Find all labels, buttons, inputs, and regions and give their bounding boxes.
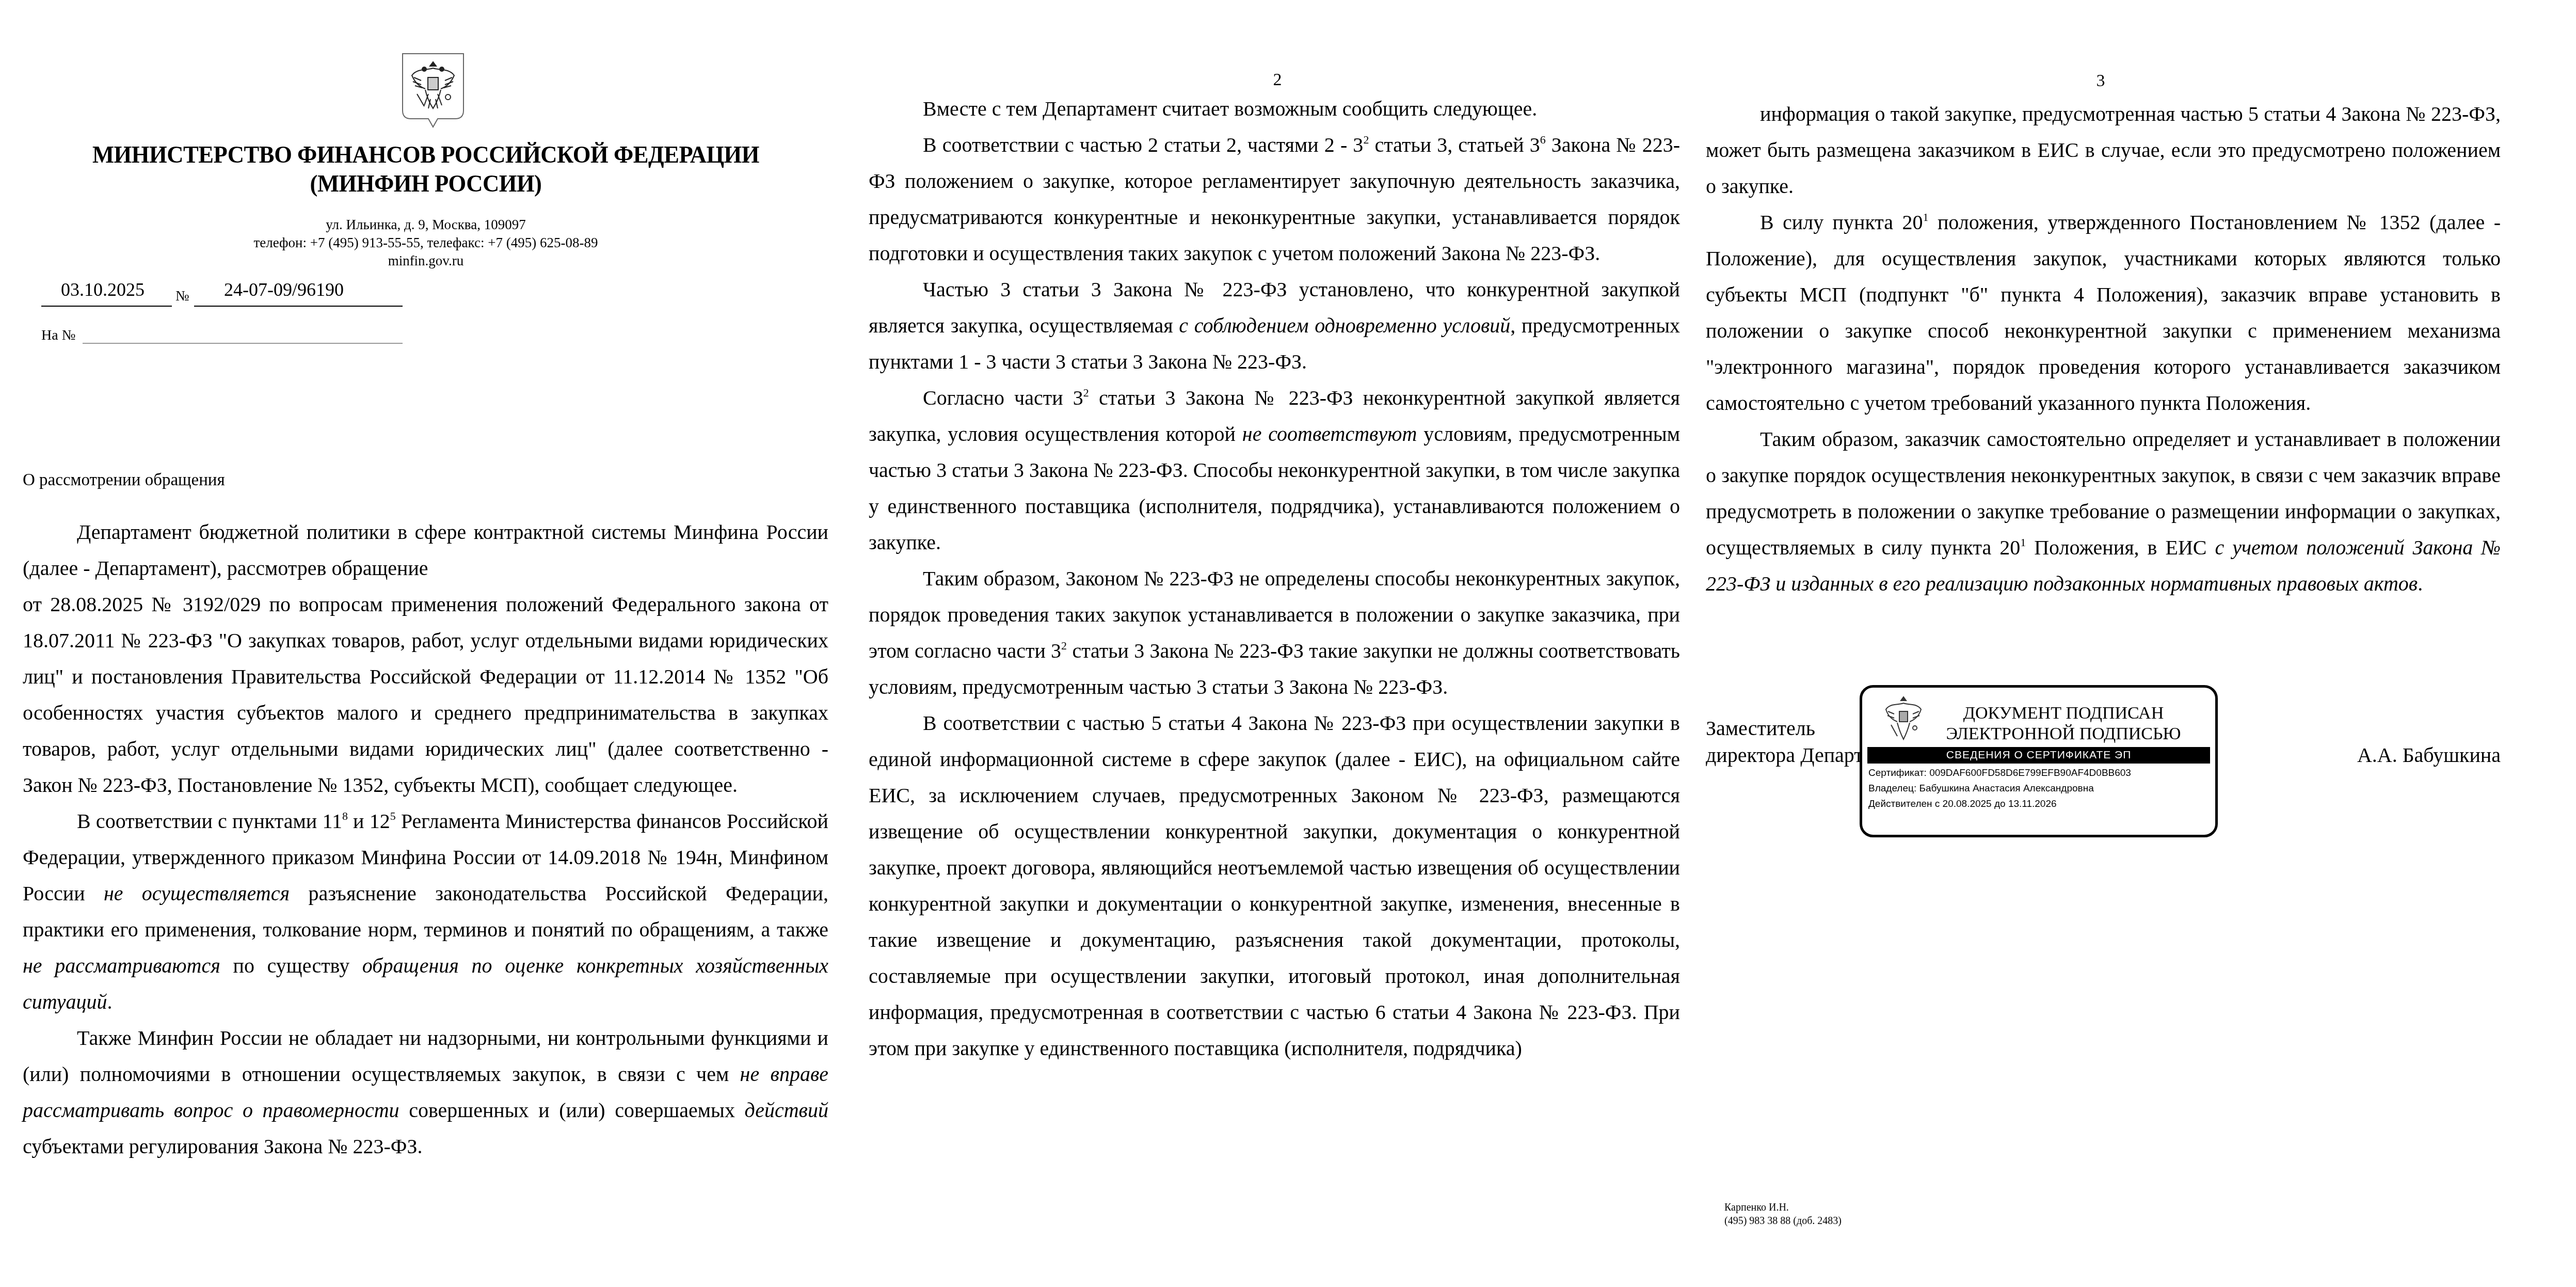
certificate-validity: Действителен с 20.08.2025 до 13.11.2026 [1868, 797, 2057, 812]
letter-page-3: 3 информация о такой закупке, предусмотр… [1703, 0, 2576, 1287]
page-number: 2 [852, 70, 1703, 90]
body-paragraph: В силу пункта 201 положения, утвержденно… [1706, 204, 2501, 421]
letter-body-page-3: информация о такой закупке, предусмотрен… [1706, 96, 2501, 602]
in-reply-to-underline [83, 343, 403, 344]
russian-coat-of-arms-icon [1883, 694, 1924, 745]
body-paragraph: Таким образом, Законом № 223-ФЗ не опред… [869, 561, 1680, 705]
body-paragraph: Департамент бюджетной политики в сфере к… [23, 514, 828, 803]
letter-body-page-2: Вместе с тем Департамент считает возможн… [869, 91, 1680, 1067]
ministry-contacts: ул. Ильинка, д. 9, Москва, 109097 телефо… [0, 216, 852, 270]
page-number: 3 [1703, 71, 2498, 91]
stamp-title: ДОКУМЕНТ ПОДПИСАН ЭЛЕКТРОННОЙ ПОДПИСЬЮ [1929, 703, 2198, 744]
executor-info: Карпенко И.Н. (495) 983 38 88 (доб. 2483… [1724, 1201, 1842, 1228]
letter-page-1: МИНИСТЕРСТВО ФИНАНСОВ РОССИЙСКОЙ ФЕДЕРАЦ… [0, 0, 852, 1287]
registration-date: 03.10.2025 [61, 279, 145, 300]
body-paragraph: В соответствии с частью 2 статьи 2, част… [869, 127, 1680, 272]
date-underline [41, 306, 172, 307]
ministry-title-line-2: (МИНФИН РОССИИ) [13, 169, 839, 198]
stamp-title-line-1: ДОКУМЕНТ ПОДПИСАН [1929, 703, 2198, 724]
executor-phone: (495) 983 38 88 (доб. 2483) [1724, 1214, 1842, 1228]
certificate-number: Сертификат: 009DAF600FD58D6E799EFB90AF4D… [1868, 766, 2131, 781]
letter-page-2: 2 Вместе с тем Департамент считает возмо… [852, 0, 1703, 1287]
letter-subject: О рассмотрении обращения [23, 471, 225, 490]
body-paragraph: Также Минфин России не обладает ни надзо… [23, 1020, 828, 1165]
in-reply-to-label: На № [41, 327, 75, 344]
ministry-website: minfin.gov.ru [0, 252, 852, 270]
certificate-info-bar: СВЕДЕНИЯ О СЕРТИФИКАТЕ ЭП [1867, 747, 2210, 764]
number-sign: № [175, 288, 189, 305]
body-paragraph: Таким образом, заказчик самостоятельно о… [1706, 421, 2501, 602]
registration-row: 03.10.2025 № 24-07-09/96190 [41, 279, 403, 305]
signatory-name: А.А. Бабушкина [2357, 742, 2501, 769]
body-paragraph: Вместе с тем Департамент считает возможн… [869, 91, 1680, 127]
body-paragraph: Согласно части 32 статьи 3 Закона № 223-… [869, 380, 1680, 561]
ministry-title-line-1: МИНИСТЕРСТВО ФИНАНСОВ РОССИЙСКОЙ ФЕДЕРАЦ… [13, 140, 839, 169]
body-paragraph: Частью 3 статьи 3 Закона № 223-ФЗ устано… [869, 272, 1680, 380]
executor-name: Карпенко И.Н. [1724, 1201, 1842, 1214]
ministry-phones: телефон: +7 (495) 913-55-55, телефакс: +… [0, 234, 852, 252]
ministry-title: МИНИСТЕРСТВО ФИНАНСОВ РОССИЙСКОЙ ФЕДЕРАЦ… [13, 140, 839, 198]
russian-coat-of-arms-icon [402, 53, 465, 129]
registration-number: 24-07-09/96190 [224, 279, 344, 300]
stamp-title-line-2: ЭЛЕКТРОННОЙ ПОДПИСЬЮ [1929, 724, 2198, 744]
in-reply-to-row: На № [41, 324, 403, 345]
ministry-address: ул. Ильинка, д. 9, Москва, 109097 [0, 216, 852, 234]
letter-body-page-1: Департамент бюджетной политики в сфере к… [23, 514, 828, 1165]
number-underline [194, 306, 403, 307]
electronic-signature-stamp: ДОКУМЕНТ ПОДПИСАН ЭЛЕКТРОННОЙ ПОДПИСЬЮ С… [1860, 685, 2218, 837]
certificate-owner: Владелец: Бабушкина Анастасия Александро… [1868, 782, 2094, 796]
body-paragraph: В соответствии с пунктами 118 и 125 Регл… [23, 803, 828, 1020]
body-paragraph: В соответствии с частью 5 статьи 4 Закон… [869, 705, 1680, 1067]
body-paragraph: информация о такой закупке, предусмотрен… [1706, 96, 2501, 204]
